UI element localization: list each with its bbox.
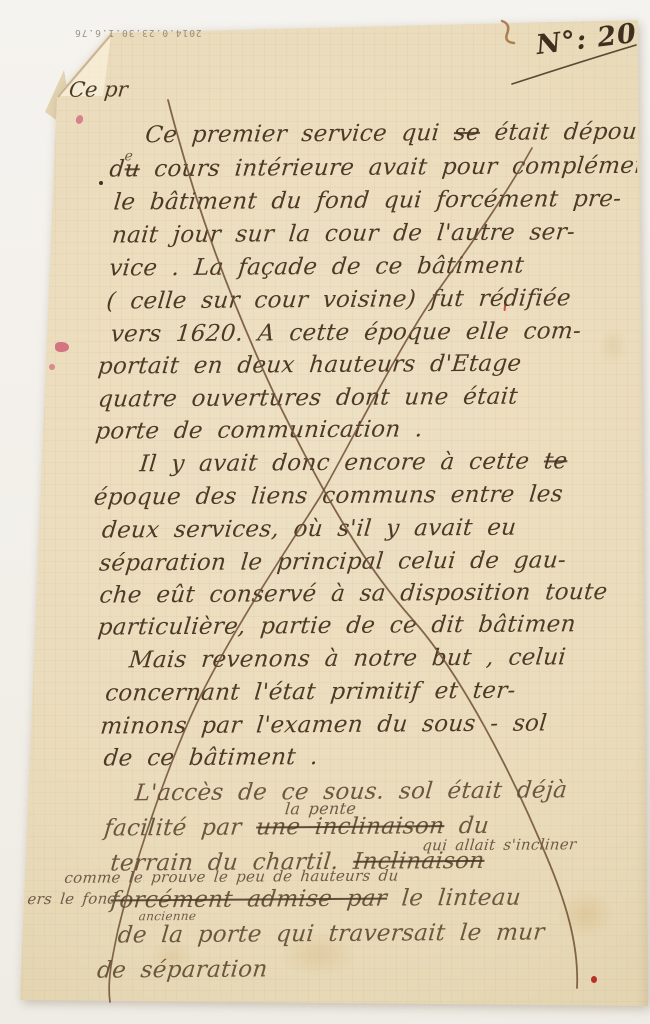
manuscript-line: che eût conservé à sa disposition toute <box>98 579 608 609</box>
manuscript-line: Il y avait donc encore à cette te <box>138 448 568 477</box>
manuscript-line: nait jour sur la cour de l'autre ser- <box>111 219 577 248</box>
manuscript-line: Ce premier service qui se était dépourvu <box>144 119 650 149</box>
manuscript-line: de la porte qui traversait le mur <box>117 919 546 948</box>
manuscript-line: époque des liens communs entre les <box>93 481 565 510</box>
manuscript-line: de ce bâtiment . <box>102 744 319 772</box>
manuscript-line: deux services, où s'il y avait eu <box>101 515 518 544</box>
inventory-number-pencil: 2014.0.23.30.1.6.76 <box>74 27 202 38</box>
manuscript-line: Mais revenons à notre but , celui <box>128 644 568 673</box>
manuscript-line: quatre ouvertures dont une était <box>97 384 519 413</box>
manuscript-line: séparation le principal celui de gau- <box>98 547 567 576</box>
ink-speck <box>36 356 40 360</box>
manuscript-line: minons par l'examen du sous - sol <box>99 710 548 739</box>
manuscript-line: vers 1620. A cette époque elle com- <box>109 318 582 347</box>
interlinear-correction: comme le prouve le peu de hauteurs du <box>64 866 400 886</box>
photo-backdrop: Ce pr Ce premier service qui se était dé… <box>0 0 650 1024</box>
manuscript-line: de séparation <box>96 956 269 983</box>
manuscript-line: du cours intérieure avait pour complémen… <box>108 153 650 183</box>
text-layer: Ce pr Ce premier service qui se était dé… <box>0 0 650 1024</box>
interlinear-correction: la pente <box>284 799 357 819</box>
interlinear-correction: ancienne <box>138 909 197 923</box>
interlinear-correction: e <box>124 148 134 164</box>
manuscript-line: portait en deux hauteurs d'Etage <box>97 351 523 380</box>
manuscript-line: porte de communication . <box>94 416 424 444</box>
manuscript-line: ( celle sur cour voisine) fut rédifiée <box>105 285 572 314</box>
false-start-text: Ce pr <box>68 77 129 101</box>
manuscript-line: particulière, partie de ce dit bâtimen <box>97 611 578 640</box>
interlinear-correction: qui allait s'incliner <box>421 835 577 854</box>
margin-note: vers le fond <box>18 889 119 908</box>
manuscript-line: concernant l'état primitif et ter- <box>104 678 517 707</box>
manuscript-line: le bâtiment du fond qui forcément pre- <box>113 186 623 216</box>
manuscript-line: vice . La façade de ce bâtiment <box>108 253 525 282</box>
